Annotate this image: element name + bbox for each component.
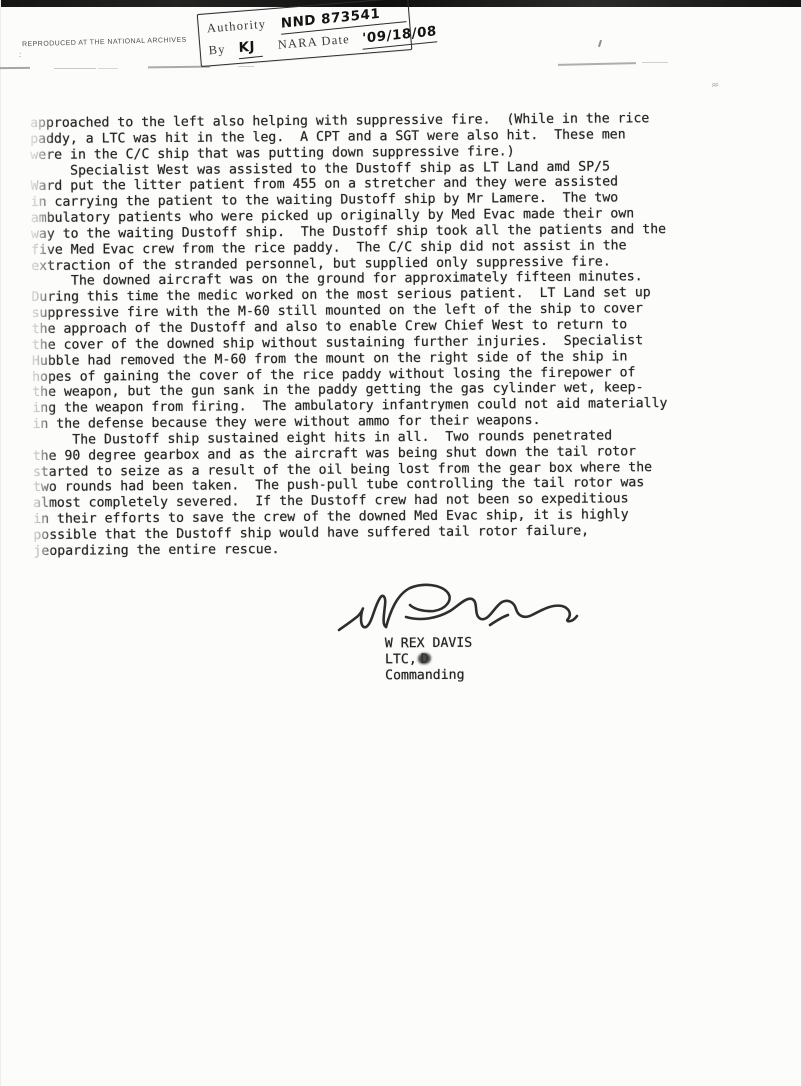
paragraph-3: The downed aircraft was on the ground fo… [31, 269, 732, 433]
scan-artifact-line [98, 68, 118, 69]
by-label: By [208, 42, 226, 57]
scan-artifact-line [238, 66, 254, 67]
handwritten-signature-scrawl [336, 583, 584, 643]
scan-artifact-tick [598, 40, 602, 47]
signer-title: Commanding [385, 668, 472, 685]
signer-rank: LTC,D [385, 652, 472, 669]
signer-name: W REX DAVIS [385, 636, 472, 653]
typewritten-body: approached to the left also helping with… [30, 111, 733, 560]
scanned-document-page: REPRODUCED AT THE NATIONAL ARCHIVES : Au… [0, 0, 803, 1086]
scan-artifact-line [558, 62, 636, 66]
by-initials-handwritten: KJ [238, 36, 263, 59]
declassification-stamp: Authority NND 873541 By KJ NARA Date '09… [197, 0, 413, 67]
scan-artifact-line [0, 67, 30, 69]
scan-artifact-squiggle: ≈ [710, 79, 720, 91]
ink-smudge: D [421, 652, 429, 668]
signature-block: W REX DAVIS LTC,D Commanding [385, 636, 473, 685]
paragraph-2: Specialist West was assisted to the Dust… [30, 158, 731, 274]
authority-label: Authority [206, 17, 266, 36]
paragraph-4: The Dustoff ship sustained eight hits in… [32, 427, 733, 559]
nara-date-label: NARA Date [277, 32, 350, 52]
margin-mark: : [19, 50, 22, 59]
paragraph-1: approached to the left also helping with… [30, 111, 730, 164]
scan-artifact-line [54, 68, 96, 69]
scan-artifact-line [642, 62, 668, 63]
date-value-handwritten: '09/18/08 [362, 21, 437, 50]
scan-left-edge [0, 0, 1, 1086]
archives-reproduction-note: REPRODUCED AT THE NATIONAL ARCHIVES [22, 37, 187, 49]
